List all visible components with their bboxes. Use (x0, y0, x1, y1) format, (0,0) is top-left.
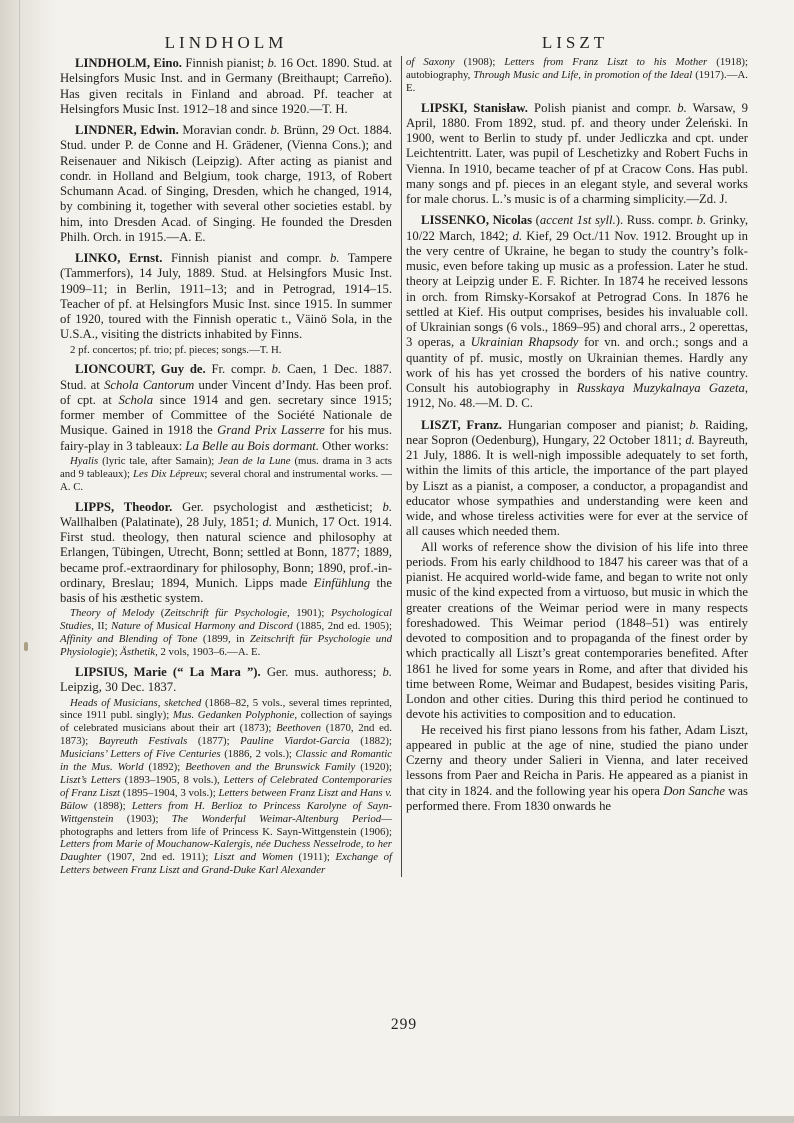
bibliography-small-print: Theory of Melody (Zeitschrift für Psycho… (60, 606, 392, 659)
book-page: LINDHOLM LISZT LINDHOLM, Eino. Finnish p… (0, 0, 794, 1123)
entry-paragraph: LIPSKI, Stanisław. Polish pianist and co… (406, 95, 748, 208)
entry-paragraph: LIPSIUS, Marie (“ La Mara ”). Ger. mus. … (60, 659, 392, 696)
column-divider (401, 56, 402, 877)
left-column: LINDHOLM, Eino. Finnish pianist; b. 16 O… (60, 56, 392, 877)
entry-paragraph: LIONCOURT, Guy de. Fr. compr. b. Caen, 1… (60, 356, 392, 454)
entry-paragraph: All works of reference show the division… (406, 540, 748, 723)
scan-bottom-edge (0, 1116, 794, 1123)
entry-paragraph: LINDHOLM, Eino. Finnish pianist; b. 16 O… (60, 56, 392, 117)
bibliography-small-print: 2 pf. concertos; pf. trio; pf. pieces; s… (60, 343, 392, 357)
running-head-right: LISZT (404, 33, 746, 53)
right-column: of Saxony (1908); Letters from Franz Lis… (406, 56, 748, 877)
paper-speck (24, 642, 28, 651)
bibliography-small-print: Hyalis (lyric tale, after Samain); Jean … (60, 454, 392, 494)
page-number: 299 (60, 1016, 748, 1034)
entry-paragraph: LINKO, Ernst. Finnish pianist and compr.… (60, 245, 392, 343)
page-edge-shadow (0, 0, 58, 1123)
entry-paragraph: LIPPS, Theodor. Ger. psychologist and æs… (60, 494, 392, 607)
entry-paragraph: LINDNER, Edwin. Moravian condr. b. Brünn… (60, 117, 392, 245)
bibliography-small-print: Heads of Musicians, sketched (1868–82, 5… (60, 696, 392, 878)
entry-paragraph: LISSENKO, Nicolas (accent 1st syll.). Ru… (406, 207, 748, 411)
bibliography-small-print: of Saxony (1908); Letters from Franz Lis… (406, 56, 748, 95)
entry-paragraph: LISZT, Franz. Hungarian composer and pia… (406, 412, 748, 540)
text-columns: LINDHOLM, Eino. Finnish pianist; b. 16 O… (60, 56, 748, 877)
running-head-left: LINDHOLM (60, 33, 392, 53)
page-crease-line (19, 0, 20, 1123)
entry-paragraph: He received his first piano lessons from… (406, 723, 748, 815)
